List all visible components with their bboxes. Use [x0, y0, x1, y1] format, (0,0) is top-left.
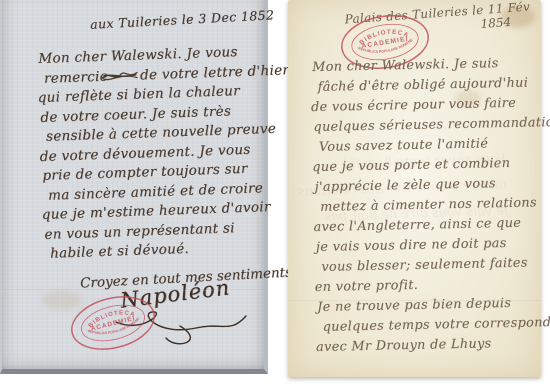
scanned-letters: aux Tuileries le 3 Dec 1852 Mon cher Wal…	[0, 0, 550, 384]
right-letter-page: Palais des Tuileries le 11 Fév 1854 BIBL…	[288, 0, 541, 377]
left-letter-body: Mon cher Walewski. Je vous remercie de v…	[38, 41, 296, 264]
left-letter-page: aux Tuileries le 3 Dec 1852 Mon cher Wal…	[0, 0, 268, 374]
left-dateline: aux Tuileries le 3 Dec 1852	[90, 7, 275, 32]
scratched-word-scribble	[101, 69, 139, 82]
fold-line	[288, 300, 541, 302]
right-letter-body: Mon cher Walewski. Je suis fâché d'être …	[312, 52, 550, 357]
